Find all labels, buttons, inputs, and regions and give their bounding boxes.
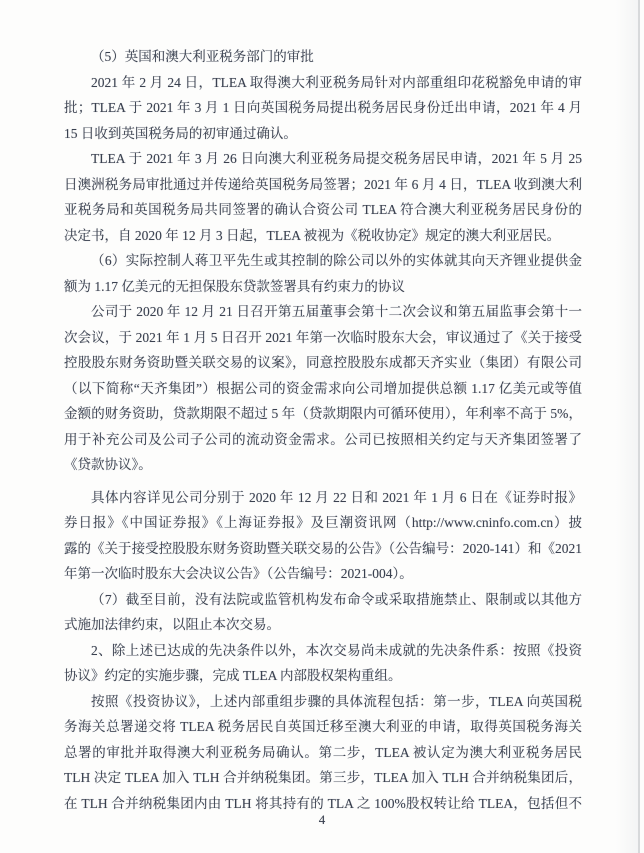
text-line: （6）实际控制人蒋卫平先生或其控制的除公司以外的实体就其向天齐锂业提供金 <box>64 248 582 274</box>
section-5-para-1: 2021 年 2 月 24 日，TLEA 取得澳大利亚税务局针对内部重组印花税豁… <box>64 70 582 147</box>
text-line: 公司于 2020 年 12 月 21 日召开第五届董事会第十二次会议和第五届监事… <box>64 299 582 325</box>
section-5-heading: （5）英国和澳大利亚税务部门的审批 <box>64 44 582 70</box>
text-line: TLH 决定 TLEA 加入 TLH 合并纳税集团。第三步，TLEA 加入 TL… <box>64 765 582 791</box>
text-line: 按照《投资协议》，上述内部重组步骤的具体流程包括：第一步，TLEA 向英国税 <box>64 689 582 715</box>
section-7-para: （7）截至目前，没有法院或监管机构发布命令或采取措施禁止、限制或以其他方式施加法… <box>64 587 582 638</box>
item-2-para: 2、除上述已达成的先决条件以外，本次交易尚未成就的先决条件系：按照《投资协议》约… <box>64 638 582 689</box>
text-line: （以下简称“天齐集团”）根据公司的资金需求向公司增加提供总额 1.17 亿美元或… <box>64 376 582 402</box>
text-line: 日澳洲税务局审批通过并传递给英国税务局签署；2021 年 6 月 4 日，TLE… <box>64 172 582 198</box>
text-line: 总署的审批并取得澳大利亚税务局确认。第二步，TLEA 被认定为澳大利亚税务居民后… <box>64 740 582 766</box>
text-line: （5）英国和澳大利亚税务部门的审批 <box>64 44 582 70</box>
document-body: （5）英国和澳大利亚税务部门的审批2021 年 2 月 24 日，TLEA 取得… <box>64 44 582 816</box>
section-6-para-2: 具体内容详见公司分别于 2020 年 12 月 22 日和 2021 年 1 月… <box>64 485 582 587</box>
text-line: 券日报》《中国证券报》《上海证券报》及巨潮资讯网（http://www.cnin… <box>64 510 582 536</box>
text-line: 式施加法律约束，以阻止本次交易。 <box>64 612 582 638</box>
scan-edge-shading <box>616 0 638 853</box>
text-line: 协议》约定的实施步骤，完成 TLEA 内部股权架构重组。 <box>64 663 582 689</box>
text-line: 亚税务局和英国税务局共同签署的确认合资公司 TLEA 符合澳大利亚税务居民身份的 <box>64 197 582 223</box>
text-line: 露的《关于接受控股股东财务资助暨关联交易的公告》（公告编号：2020-141）和… <box>64 536 582 562</box>
text-line: 15 日收到英国税务局的初审通过确认。 <box>64 121 582 147</box>
text-line: 金额的财务资助，贷款期限不超过 5 年（贷款期限内可循环使用），年利率不高于 5… <box>64 401 582 427</box>
scan-edge-line <box>638 0 640 853</box>
document-page: （5）英国和澳大利亚税务部门的审批2021 年 2 月 24 日，TLEA 取得… <box>0 0 644 853</box>
text-line: 2021 年 2 月 24 日，TLEA 取得澳大利亚税务局针对内部重组印花税豁… <box>64 70 582 96</box>
text-line: 2、除上述已达成的先决条件以外，本次交易尚未成就的先决条件系：按照《投资 <box>64 638 582 664</box>
text-line: 控股股东财务资助暨关联交易的议案》，同意控股股东成都天齐实业（集团）有限公司 <box>64 350 582 376</box>
section-5-para-2: TLEA 于 2021 年 3 月 26 日向澳大利亚税务局提交税务居民申请，2… <box>64 146 582 248</box>
text-line: 次会议，于 2021 年 1 月 5 日召开 2021 年第一次临时股东大会，审… <box>64 325 582 351</box>
section-6-heading: （6）实际控制人蒋卫平先生或其控制的除公司以外的实体就其向天齐锂业提供金额为 1… <box>64 248 582 299</box>
section-6-para-1: 公司于 2020 年 12 月 21 日召开第五届董事会第十二次会议和第五届监事… <box>64 299 582 478</box>
page-number: 4 <box>0 813 644 827</box>
text-line: 《贷款协议》。 <box>64 452 582 478</box>
text-line: 务海关总署递交将 TLEA 税务居民自英国迁移至澳大利亚的申请，取得英国税务海关 <box>64 714 582 740</box>
item-2-detail-para: 按照《投资协议》，上述内部重组步骤的具体流程包括：第一步，TLEA 向英国税务海… <box>64 689 582 817</box>
text-line: 具体内容详见公司分别于 2020 年 12 月 22 日和 2021 年 1 月… <box>64 485 582 511</box>
text-line: 用于补充公司及公司子公司的流动资金需求。公司已按照相关约定与天齐集团签署了 <box>64 427 582 453</box>
text-line: （7）截至目前，没有法院或监管机构发布命令或采取措施禁止、限制或以其他方 <box>64 587 582 613</box>
text-line: 年第一次临时股东大会决议公告》（公告编号：2021-004）。 <box>64 561 582 587</box>
text-line: TLEA 于 2021 年 3 月 26 日向澳大利亚税务局提交税务居民申请，2… <box>64 146 582 172</box>
text-line: 决定书，自 2020 年 12 月 3 日起，TLEA 被视为《税收协定》规定的… <box>64 223 582 249</box>
text-line: 批；TLEA 于 2021 年 3 月 1 日向英国税务局提出税务居民身份迁出申… <box>64 95 582 121</box>
text-line: 额为 1.17 亿美元的无担保股东贷款签署具有约束力的协议 <box>64 274 582 300</box>
